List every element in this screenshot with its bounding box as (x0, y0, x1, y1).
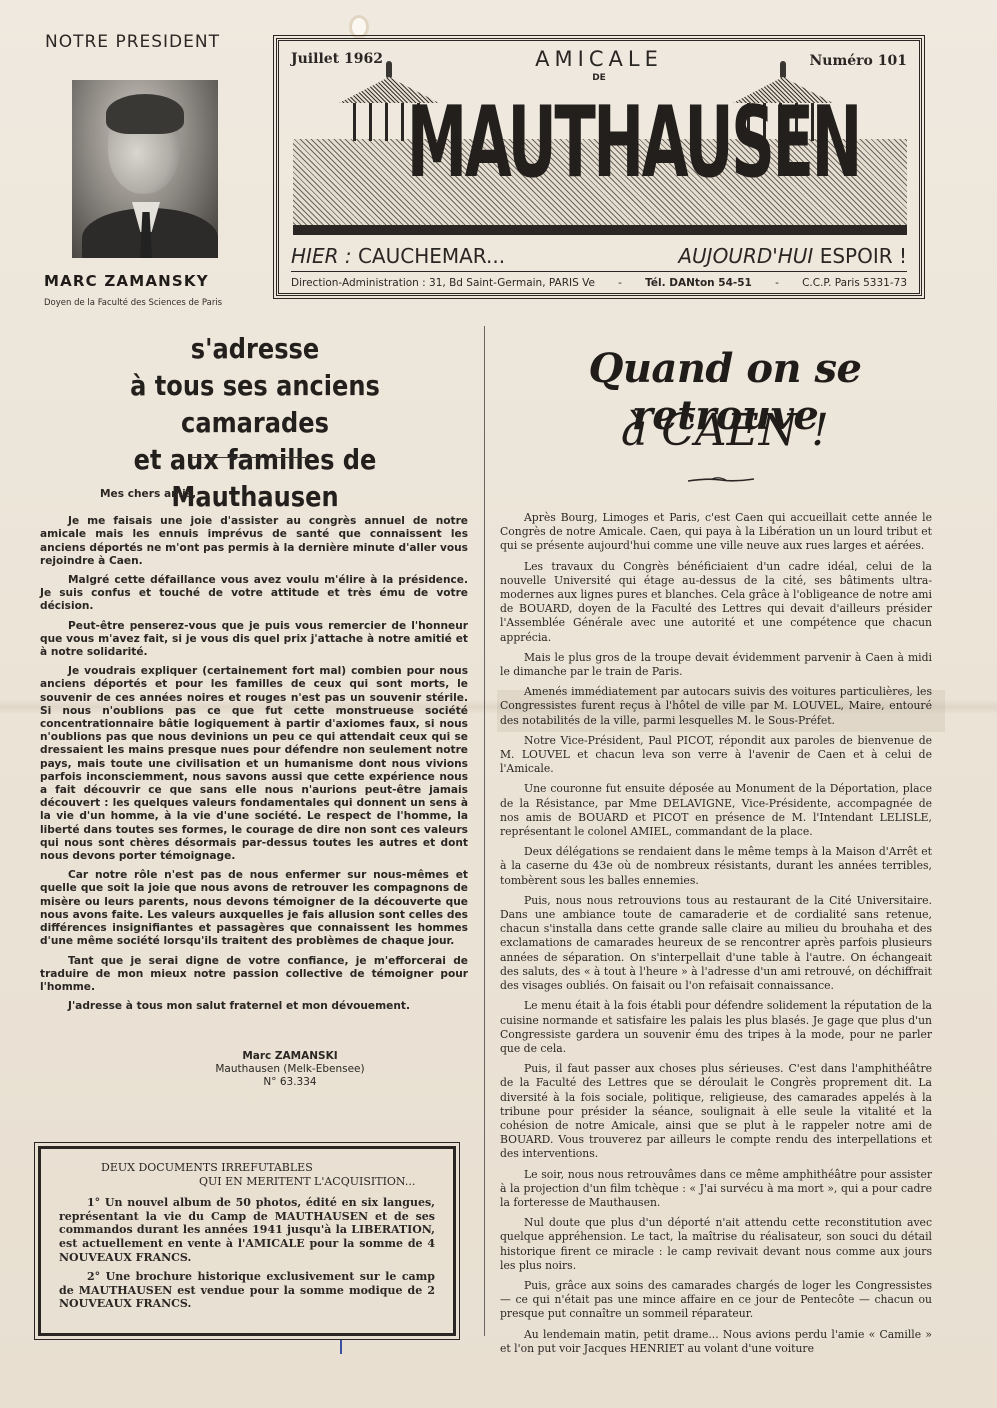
ornament-divider (190, 457, 310, 458)
punch-hole (352, 18, 366, 36)
article-body: Après Bourg, Limoges et Paris, c'est Cae… (500, 511, 932, 1362)
box-heading-1: DEUX DOCUMENTS IRREFUTABLES (59, 1161, 435, 1175)
article-headline-2: à CAEN ! (500, 405, 950, 456)
masthead-title: MAUTHAUSEN (407, 93, 791, 193)
address: Direction-Administration : 31, Bd Saint-… (291, 277, 595, 289)
column-divider (484, 326, 485, 1336)
newspaper-page: NOTRE PRESIDENT MARC ZAMANSKY Doyen de l… (0, 0, 997, 1408)
phone: Tél. DANton 54-51 (645, 277, 752, 289)
box-heading-2: QUI EN MERITENT L'ACQUISITION... (59, 1175, 435, 1189)
pen-mark (340, 1340, 342, 1354)
masthead-rule (291, 271, 907, 272)
slogan-right: AUJOURD'HUI ESPOIR ! (678, 244, 907, 268)
letter-body: Mes chers amis, Je me faisais une joie d… (40, 488, 468, 1019)
slogan-left: HIER : CAUCHEMAR... (291, 244, 505, 268)
box-item: 2° Une brochure historique exclusivement… (59, 1270, 435, 1311)
ccp: C.C.P. Paris 5331-73 (802, 277, 907, 289)
box-item: 1° Un nouvel album de 50 photos, édité e… (59, 1196, 435, 1264)
documents-box: DEUX DOCUMENTS IRREFUTABLES QUI EN MERIT… (38, 1146, 456, 1336)
swash-ornament-icon (688, 476, 754, 484)
ground-bar (293, 225, 907, 235)
president-name: MARC ZAMANSKY (44, 272, 244, 290)
president-subtitle: Doyen de la Faculté des Sciences de Pari… (44, 298, 254, 308)
signature: Marc ZAMANSKI Mauthausen (Melk-Ebensee) … (190, 1050, 390, 1089)
president-label: NOTRE PRESIDENT (45, 32, 245, 52)
masthead: Juillet 1962 Numéro 101 AMICALE DE MAUTH… (276, 38, 922, 296)
salutation: Mes chers amis, (40, 488, 468, 501)
president-photo (72, 80, 218, 258)
masthead-address-line: Direction-Administration : 31, Bd Saint-… (291, 277, 907, 289)
